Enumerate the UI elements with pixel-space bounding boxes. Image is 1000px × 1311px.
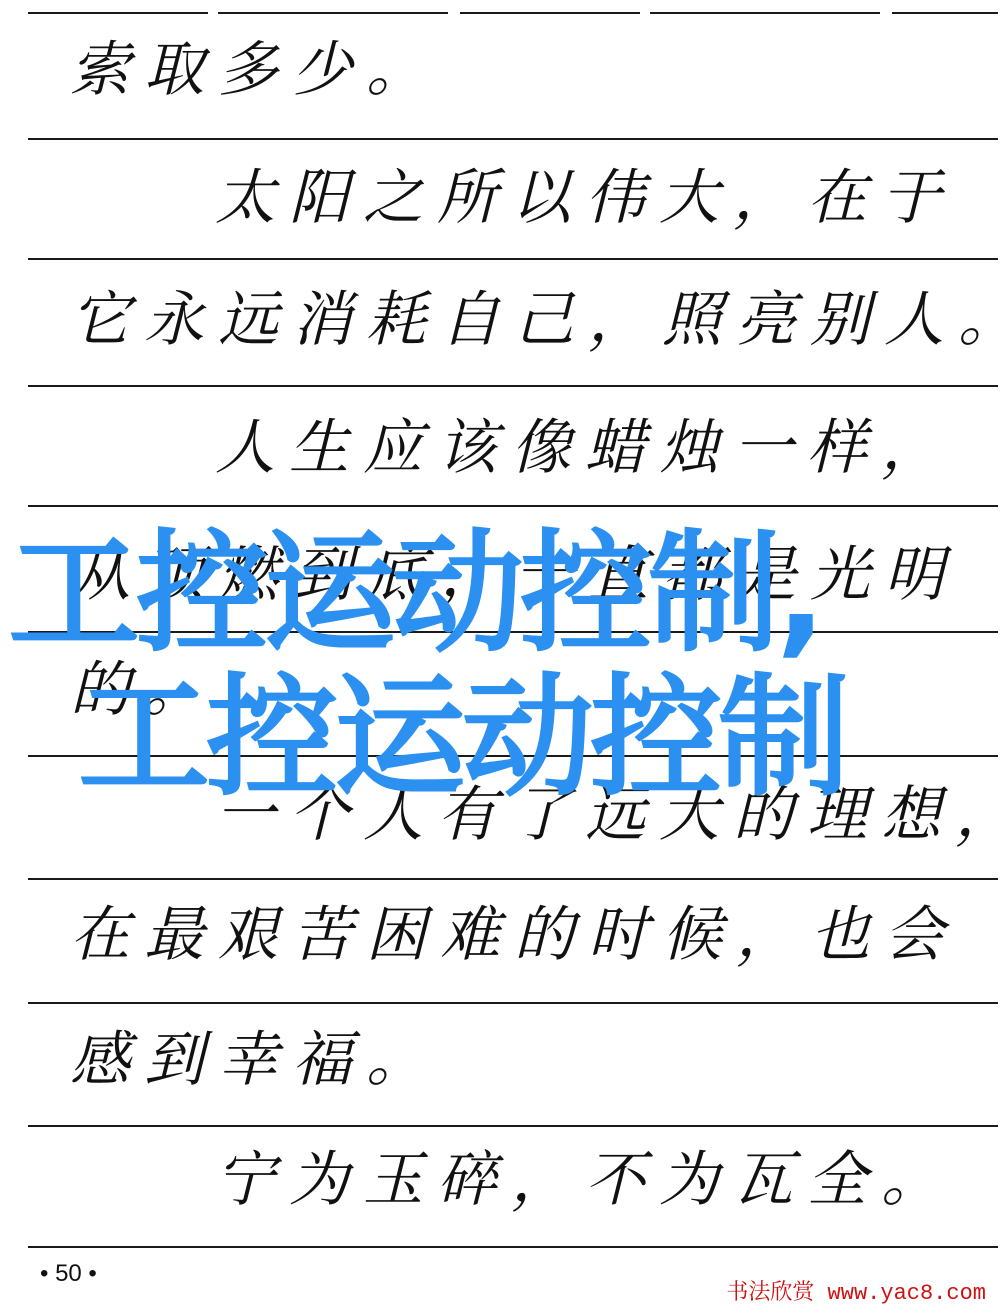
handwritten-line-2: 太阳之所以伟大，在于	[215, 168, 955, 228]
ruled-line	[28, 258, 998, 260]
ruled-line	[28, 1125, 998, 1127]
handwritten-line-8: 在最艰苦困难的时候，也会	[70, 905, 958, 965]
calligraphy-page: 索取多少。 太阳之所以伟大，在于 它永远消耗自己，照亮别人。 人生应该像蜡烛一样…	[0, 0, 1000, 1311]
overlay-title-line-2: 工控运动控制	[78, 672, 846, 804]
ruled-line	[28, 505, 998, 507]
page-number: • 50 •	[40, 1260, 97, 1288]
ruled-line	[28, 1246, 998, 1248]
ruled-line	[28, 1002, 998, 1004]
ruled-line	[28, 878, 998, 880]
ruled-line	[28, 12, 998, 14]
handwritten-line-10: 宁为玉碎，不为瓦全。	[215, 1150, 955, 1210]
overlay-title-line-1: 工控运动控制,	[8, 528, 822, 660]
handwritten-line-1: 索取多少。	[70, 40, 440, 100]
handwritten-line-3: 它永远消耗自己，照亮别人。	[70, 290, 1000, 350]
watermark: 书法欣赏 www.yac8.com	[726, 1275, 986, 1306]
ruled-line	[28, 385, 998, 387]
handwritten-line-4: 人生应该像蜡烛一样，	[215, 418, 955, 478]
handwritten-line-9: 感到幸福。	[70, 1030, 440, 1090]
ruled-line	[28, 138, 998, 140]
